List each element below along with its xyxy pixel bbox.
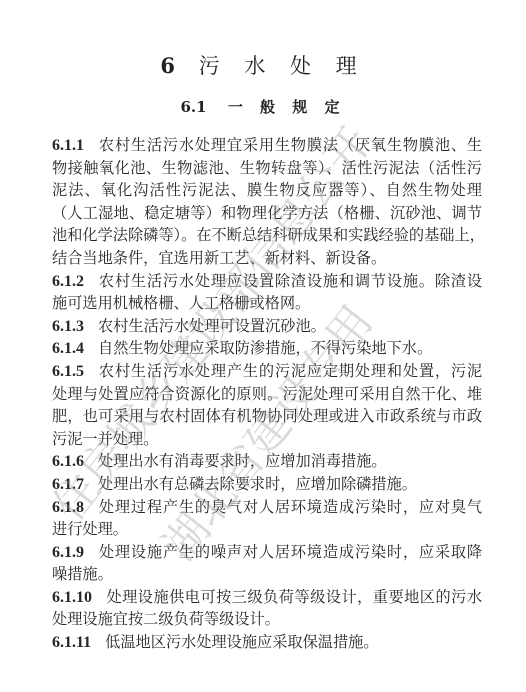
clause-line: 肥，也可采用与农村固体有机物协同处理或进入市政系统与市政	[52, 405, 482, 428]
clause-number: 6.1.7	[52, 476, 84, 493]
clause-line: 6.1.6处理出水有消毒要求时，应增加消毒措施。	[52, 450, 482, 473]
clause-text: 处理出水有总磷去除要求时，应增加除磷措施。	[98, 475, 417, 493]
clause-line: 6.1.1农村生活污水处理宜采用生物膜法（厌氧生物膜池、生	[52, 134, 482, 157]
clause-text: 泥法、氧化沟活性污泥法、膜生物反应器等）、自然生物处理	[52, 181, 482, 199]
clause-line: 6.1.10处理设施供电可按三级负荷等级设计，重要地区的污水	[52, 586, 482, 609]
clause-line: 6.1.3农村生活污水处理可设置沉砂池。	[52, 315, 482, 338]
clause-line: 结合当地条件，宜选用新工艺、新材料、新设备。	[52, 247, 482, 270]
clause-line: 6.1.9处理设施产生的噪声对人居环境造成污染时，应采取降	[52, 541, 482, 564]
clause-number: 6.1.10	[52, 589, 92, 606]
clause-line: 进行处理。	[52, 518, 482, 541]
clause-number: 6.1.2	[52, 273, 84, 290]
chapter-title-text: 污 水 处 理	[199, 54, 366, 78]
clause-text: 池和化学法除磷等）。在不断总结科研成果和实践经验的基础上，	[52, 226, 485, 244]
section-title-text: 一 般 规 定	[228, 98, 346, 116]
clause-line: 池和化学法除磷等）。在不断总结科研成果和实践经验的基础上，	[52, 224, 482, 247]
clause-number: 6.1.6	[52, 453, 84, 470]
clause-text: 结合当地条件，宜选用新工艺、新材料、新设备。	[52, 249, 386, 267]
clause-text: 进行处理。	[52, 520, 128, 538]
clause-line: 物接触氧化池、生物滤池、生物转盘等）、活性污泥法（活性污	[52, 157, 482, 180]
clause-text: 农村生活污水处理产生的污泥应定期处理和处置，污泥	[98, 362, 482, 380]
clause-number: 6.1.8	[52, 499, 84, 516]
clause-text: （人工湿地、稳定塘等）和物理化学方法（格栅、沉砂池、调节	[52, 204, 482, 222]
clause-line: 6.1.4自然生物处理应采取防渗措施，不得污染地下水。	[52, 337, 482, 360]
clause-line: 污泥一并处理。	[52, 428, 482, 451]
clause-line: 处理设施宜按二级负荷等级设计。	[52, 608, 482, 631]
clause-number: 6.1.4	[52, 340, 84, 357]
clause-text: 农村生活污水处理宜采用生物膜法（厌氧生物膜池、生	[98, 136, 482, 154]
clause-text: 农村生活污水处理应设置除渣设施和调节设施。除渣设	[98, 272, 482, 290]
clause-line: 处理与处置应符合资源化的原则。污泥处理可采用自然干化、堆	[52, 383, 482, 406]
clause-line: 噪措施。	[52, 563, 482, 586]
clause-line: 施可选用机械格栅、人工格栅或格网。	[52, 292, 482, 315]
clause-text: 噪措施。	[52, 565, 113, 583]
clause-line: 6.1.5农村生活污水处理产生的污泥应定期处理和处置，污泥	[52, 360, 482, 383]
clause-text: 低温地区污水处理设施应采取保温措施。	[105, 633, 378, 651]
clause-number: 6.1.11	[52, 634, 91, 651]
chapter-title: 6 污 水 处 理	[0, 50, 526, 80]
clause-text: 处理设施宜按二级负荷等级设计。	[52, 610, 280, 628]
clause-text: 施可选用机械格栅、人工格栅或格网。	[52, 294, 310, 312]
clause-line: 6.1.2农村生活污水处理应设置除渣设施和调节设施。除渣设	[52, 270, 482, 293]
clause-list: 6.1.1农村生活污水处理宜采用生物膜法（厌氧生物膜池、生物接触氧化池、生物滤池…	[52, 134, 482, 654]
clause-text: 处理设施供电可按三级负荷等级设计，重要地区的污水	[106, 588, 482, 606]
chapter-number: 6	[160, 53, 175, 78]
clause-text: 农村生活污水处理可设置沉砂池。	[98, 317, 326, 335]
clause-number: 6.1.5	[52, 363, 84, 380]
clause-text: 处理过程产生的臭气对人居环境造成污染时，应对臭气	[98, 498, 482, 516]
clause-number: 6.1.1	[52, 137, 84, 154]
section-number: 6.1	[180, 98, 206, 116]
clause-text: 污泥一并处理。	[52, 430, 158, 448]
clause-text: 处理出水有消毒要求时，应增加消毒措施。	[98, 452, 387, 470]
clause-text: 肥，也可采用与农村固体有机物协同处理或进入市政系统与市政	[52, 407, 482, 425]
clause-text: 物接触氧化池、生物滤池、生物转盘等）、活性污泥法（活性污	[52, 159, 482, 177]
clause-line: （人工湿地、稳定塘等）和物理化学方法（格栅、沉砂池、调节	[52, 202, 482, 225]
clause-text: 处理设施产生的噪声对人居环境造成污染时，应采取降	[98, 543, 482, 561]
clause-number: 6.1.3	[52, 318, 84, 335]
section-title: 6.1 一 般 规 定	[0, 96, 526, 117]
clause-line: 6.1.11低温地区污水处理设施应采取保温措施。	[52, 631, 482, 654]
clause-text: 自然生物处理应采取防渗措施，不得污染地下水。	[98, 339, 432, 357]
document-page: 6 污 水 处 理 6.1 一 般 规 定 6.1.1农村生活污水处理宜采用生物…	[0, 0, 526, 692]
clause-line: 6.1.7处理出水有总磷去除要求时，应增加除磷措施。	[52, 473, 482, 496]
clause-line: 泥法、氧化沟活性污泥法、膜生物反应器等）、自然生物处理	[52, 179, 482, 202]
clause-line: 6.1.8处理过程产生的臭气对人居环境造成污染时，应对臭气	[52, 496, 482, 519]
clause-number: 6.1.9	[52, 544, 84, 561]
clause-text: 处理与处置应符合资源化的原则。污泥处理可采用自然干化、堆	[52, 385, 482, 403]
